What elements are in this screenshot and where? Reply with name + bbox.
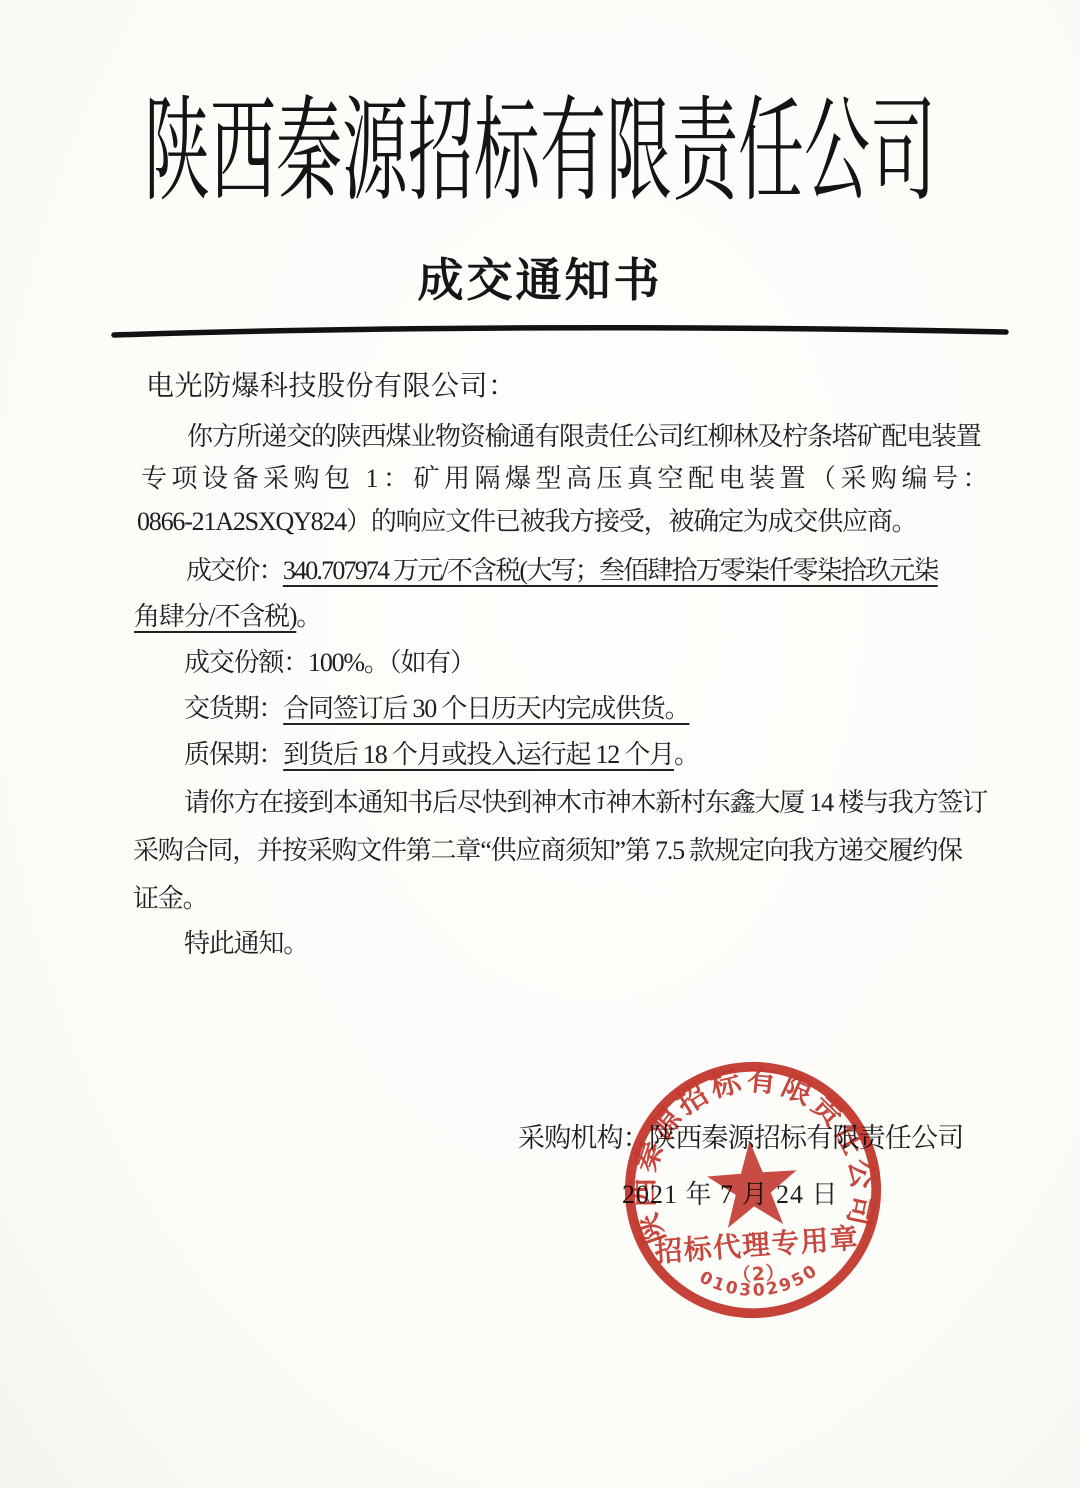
salutation-line: 电光防爆科技股份有限公司： (146, 369, 517, 404)
share-line: 成交份额：100%。（如有） (184, 647, 475, 680)
price-label: 成交价： (186, 556, 283, 585)
scanned-document-page: 陕西秦源招标有限责任公司 成交通知书 电光防爆科技股份有限公司： 你方所递交的陕… (0, 0, 1080, 1488)
price-value-underlined-cont: 角肆分/不含税) (134, 602, 296, 631)
price-suffix: 。 (296, 602, 321, 631)
paragraph-line: 你方所递交的陕西煤业物资榆通有限责任公司红柳林及柠条塔矿配电装置 (187, 421, 981, 454)
price-value-underlined: 340.707974 万元/不含税(大写；叁佰肆拾万零柒仟零柒拾玖元柒 (283, 556, 938, 585)
paragraph-line: 专项设备采购包 1：矿用隔爆型高压真空配电装置（采购编号： (141, 463, 993, 496)
price-line-1: 成交价：340.707974 万元/不含税(大写；叁佰肆拾万零柒仟零柒拾玖元柒 (186, 555, 938, 588)
seal-star-icon (705, 1138, 800, 1229)
warranty-label: 质保期： (184, 740, 283, 769)
closing-line: 采购合同，并按采购文件第二章“供应商须知”第 7.5 款规定向我方递交履约保 (133, 835, 962, 868)
share-value: 100%。（如有） (308, 648, 475, 677)
delivery-value-underlined: 合同签订后 30 个日历天内完成供货。 (283, 694, 689, 723)
paragraph-line: 0866-21A2SXQY824）的响应文件已被我方接受，被确定为成交供应商。 (137, 506, 916, 539)
closing-line: 请你方在接到本通知书后尽快到神木市神木新村东鑫大厦 14 楼与我方签订 (184, 787, 987, 820)
seal-caption: 招标代理专用章 (654, 1221, 861, 1268)
delivery-label: 交货期： (184, 694, 283, 723)
doc-title: 成交通知书 (0, 256, 1080, 304)
red-seal-stamp: 陕西秦源招标有限责任公司 招标代理专用章 （2） 6101030295006 (589, 1026, 918, 1355)
warranty-value-underlined: 到货后 18 个月或投入运行起 12 个月 (283, 740, 674, 769)
share-label: 成交份额： (184, 648, 308, 677)
warranty-suffix: 。 (674, 740, 699, 769)
notice-line: 特此通知。 (184, 928, 308, 961)
closing-line: 证金。 (133, 883, 207, 916)
delivery-line: 交货期：合同签订后 30 个日历天内完成供货。 (184, 693, 689, 726)
price-line-2: 角肆分/不含税)。 (134, 601, 321, 634)
page-title: 陕西秦源招标有限责任公司 (0, 97, 1080, 211)
header-divider-rule (110, 322, 1010, 342)
warranty-line: 质保期：到货后 18 个月或投入运行起 12 个月。 (184, 739, 699, 772)
